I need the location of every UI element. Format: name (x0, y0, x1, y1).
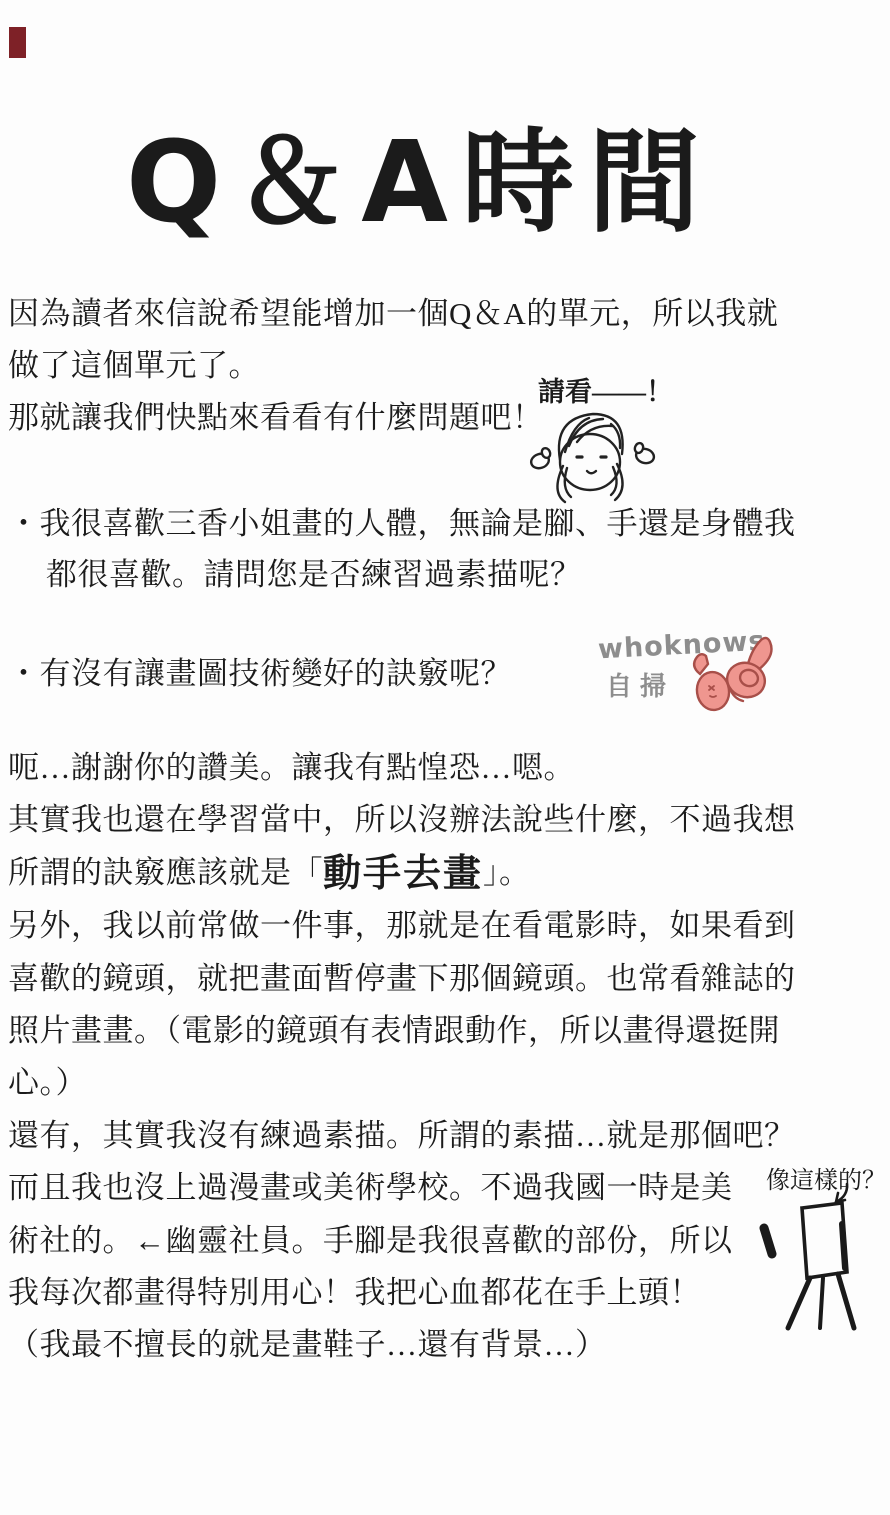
easel-doodle (750, 1182, 868, 1332)
answer-line: （我最不擅長的就是畫鞋子…還有背景…） (8, 1319, 796, 1371)
cheering-girl-doodle (523, 404, 661, 506)
answer-line: 另外，我以前常做一件事，那就是在看電影時，如果看到 (8, 900, 796, 952)
answer-line: 還有，其實我沒有練過素描。所謂的素描…就是那個吧？ (8, 1110, 796, 1162)
question-2: ・有沒有讓畫圖技術變好的訣竅呢？ (8, 648, 512, 700)
answer-line: 呃…謝謝你的讚美。讓我有點惶恐…嗯。 (8, 742, 796, 794)
answer-line: 喜歡的鏡頭，就把畫面暫停畫下那個鏡頭。也常看雜誌的 (8, 953, 796, 1005)
headphones-doodle (686, 636, 778, 724)
manga-qa-page: Q＆A時間 因為讀者來信說希望能增加一個Q＆A的單元，所以我就 做了這個單元了。… (0, 0, 890, 1515)
intro-paragraph: 因為讀者來信說希望能增加一個Q＆A的單元，所以我就 做了這個單元了。 那就讓我們… (8, 288, 778, 444)
question-line: 都很喜歡。請問您是否練習過素描呢？ (8, 549, 796, 600)
corner-red-mark (9, 27, 26, 58)
answer-line: 照片畫畫。（電影的鏡頭有表情跟動作，所以畫得還挺開 (8, 1005, 796, 1057)
watermark-text-secondary: 自掃 (606, 666, 674, 703)
answer-line: 其實我也還在學習當中，所以沒辦法說些什麼，不過我想 (8, 794, 796, 846)
key-tip-bold: 動手去畫 (323, 853, 483, 895)
key-line-suffix: 」。 (483, 855, 531, 890)
answer-block: 呃…謝謝你的讚美。讓我有點惶恐…嗯。 其實我也還在學習當中，所以沒辦法說些什麼，… (8, 742, 796, 1372)
question-line: ・我很喜歡三香小姐畫的人體，無論是腳、手還是身體我 (8, 498, 796, 549)
answer-line: 而且我也沒上過漫畫或美術學校。不過我國一時是美 (8, 1162, 796, 1214)
intro-line: 因為讀者來信說希望能增加一個Q＆A的單元，所以我就 (8, 288, 778, 340)
answer-key-line: 所謂的訣竅應該就是「動手去畫」。 (8, 847, 796, 900)
answer-line: 我每次都畫得特別用心！我把心血都花在手上頭！ (8, 1267, 796, 1319)
key-line-prefix: 所謂的訣竅應該就是「 (8, 855, 323, 890)
question-1: ・我很喜歡三香小姐畫的人體，無論是腳、手還是身體我 都很喜歡。請問您是否練習過素… (8, 498, 796, 600)
question-line: ・有沒有讓畫圖技術變好的訣竅呢？ (8, 648, 512, 700)
answer-line: 心。） (8, 1057, 796, 1109)
page-title: Q＆A時間 (70, 122, 770, 245)
answer-line: 術社的。←幽靈社員。手腳是我很喜歡的部份，所以 (8, 1215, 796, 1267)
